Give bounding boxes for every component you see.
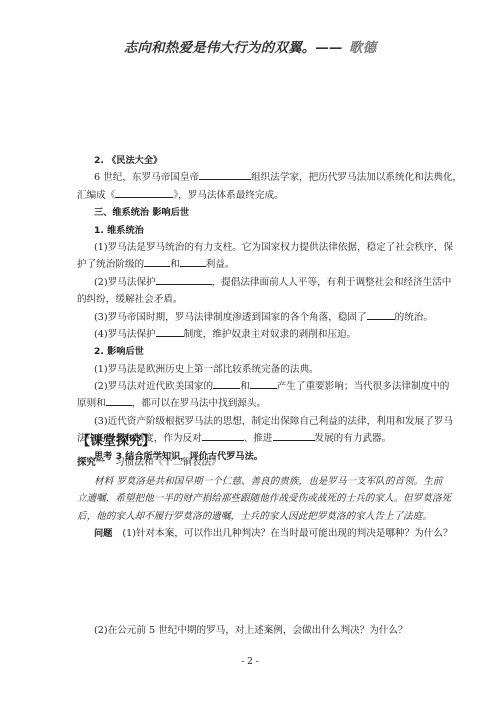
text: (4)罗马法保护 — [94, 329, 156, 340]
point1-line2: 护了统治阶级的和利益。 — [77, 256, 425, 273]
fill-blank[interactable] — [367, 309, 395, 320]
question2-block: (2)在公元前 5 世纪中期的罗马，对上述案例，会做出什么判决？为什么？ — [77, 622, 425, 639]
influence3-line1: (3)近代资产阶级根据罗马法的思想，制定出保障自己利益的法律，利用和发展了罗马 — [77, 413, 425, 430]
fill-blank[interactable] — [106, 395, 132, 406]
subsection2-title: 2. 影响后世 — [77, 343, 425, 360]
subsection1-title: 1. 维系统治 — [77, 222, 425, 239]
text: 护了统治阶级的 — [77, 259, 144, 270]
text: (2)罗马法保护 — [94, 277, 156, 288]
motto-quote: 志向和热爱是伟大行为的双翼。——歌德 — [0, 36, 500, 56]
text: 和 — [240, 381, 250, 392]
motto-author: 歌德 — [349, 40, 376, 56]
point2-line2: 的纠纷，缓解社会矛盾。 — [77, 291, 425, 308]
point4: (4)罗马法保护制度，维护奴隶主对奴隶的剥削和压迫。 — [77, 326, 425, 343]
text: 组织法学家，把历代罗马法加以系统化和法典化， — [251, 172, 462, 183]
fill-blank[interactable] — [156, 326, 184, 337]
point1-line1: (1)罗马法是罗马统治的有力支柱。它为国家权力提供法律依据，稳定了社会秩序，保 — [77, 239, 425, 256]
question-label: 问题 — [94, 528, 112, 539]
text: 6 世纪，东罗马帝国皇帝 — [94, 172, 199, 183]
section3-title: 三、维系统治 影响后世 — [77, 204, 425, 221]
question2: (2)在公元前 5 世纪中期的罗马，对上述案例，会做出什么判决？为什么？ — [77, 622, 425, 639]
fill-blank[interactable] — [199, 169, 251, 180]
material-block: 材料 罗莫洛是共和国早期一个仁慈、善良的贵族，也是罗马一支军队的首领。生前 立遗… — [77, 473, 425, 543]
motto-text: 志向和热爱是伟大行为的双翼。—— — [124, 40, 343, 56]
item2-line1: 6 世纪，东罗马帝国皇帝组织法学家，把历代罗马法加以系统化和法典化， — [77, 169, 425, 186]
fill-blank[interactable] — [144, 256, 170, 267]
text: 和 — [170, 259, 180, 270]
influence2-line2: 原则和，都可以在罗马法中找到源头。 — [77, 395, 425, 412]
text: 汇编成《 — [77, 190, 115, 201]
text: 》，罗马法体系最终完成。 — [173, 190, 283, 201]
fill-blank[interactable] — [250, 378, 277, 389]
point2-line1: (2)罗马法保护，提倡法律面前人人平等，有利于调整社会和经济生活中 — [77, 274, 425, 291]
explore-title: 习惯法和《十二铜表法》 — [115, 457, 221, 468]
item2-line2: 汇编成《》，罗马法体系最终完成。 — [77, 187, 425, 204]
text: 制度，维护奴隶主对奴隶的剥削和压迫。 — [184, 329, 357, 340]
text: (3)罗马帝国时期，罗马法律制度渗透到国家的各个角落，稳固了 — [94, 312, 367, 323]
fill-blank[interactable] — [213, 378, 240, 389]
question1: 问题(1)针对本案，可以作出几种判决？在当时最可能出现的判决是哪种？为什么？ — [77, 525, 425, 542]
classroom-title: 【课堂探究】 — [77, 430, 425, 452]
item2-title: 2. 《民法大全》 — [77, 152, 425, 169]
material-line2: 立遗嘱，希望把他一半的财产捐给那些跟随他作战受伤或战死的士兵的家人。但罗莫洛死 — [77, 490, 425, 507]
fill-blank[interactable] — [115, 187, 173, 198]
text: 产生了重要影响；当代很多法律制度中的 — [277, 381, 450, 392]
question1-text: (1)针对本案，可以作出几种判决？在当时最可能出现的判决是哪种？为什么？ — [122, 528, 452, 539]
page-number: - 2 - — [0, 657, 500, 667]
classroom-section: 【课堂探究】 探究一习惯法和《十二铜表法》 — [77, 430, 425, 474]
text: (2)罗马法对近代欧美国家的 — [94, 381, 213, 392]
text: 的统治。 — [395, 312, 433, 323]
material-line3: 后，他的家人却不履行罗莫洛的遗嘱，士兵的家人因此把罗莫洛的家人告上了法庭。 — [77, 508, 425, 525]
fill-blank[interactable] — [180, 256, 206, 267]
text: ，提倡法律面前人人平等，有利于调整社会和经济生活中 — [212, 277, 452, 288]
content-part1: 2. 《民法大全》 6 世纪，东罗马帝国皇帝组织法学家，把历代罗马法加以系统化和… — [77, 152, 425, 465]
influence2-line1: (2)罗马法对近代欧美国家的和产生了重要影响；当代很多法律制度中的 — [77, 378, 425, 395]
material-line1: 材料 罗莫洛是共和国早期一个仁慈、善良的贵族，也是罗马一支军队的首领。生前 — [77, 473, 425, 490]
fill-blank[interactable] — [156, 274, 212, 285]
explore-tag: 探究一 — [77, 457, 105, 468]
text: 利益。 — [206, 259, 235, 270]
text: ，都可以在罗马法中找到源头。 — [132, 398, 266, 409]
influence1: (1)罗马法是欧洲历史上第一部比较系统完备的法典。 — [77, 361, 425, 378]
text: 原则和 — [77, 398, 106, 409]
explore-heading: 探究一习惯法和《十二铜表法》 — [77, 452, 425, 474]
point3: (3)罗马帝国时期，罗马法律制度渗透到国家的各个角落，稳固了的统治。 — [77, 309, 425, 326]
